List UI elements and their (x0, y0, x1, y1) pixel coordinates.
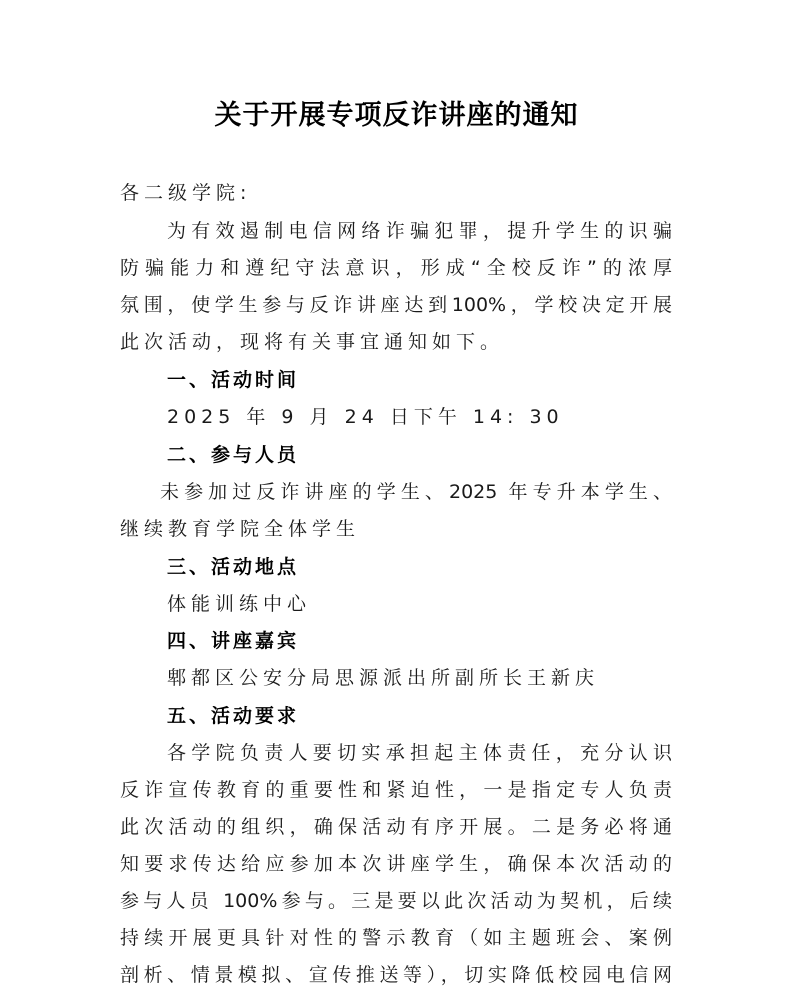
intro-line-3: 氛围，使学生参与反诈讲座达到100%，学校决定开展 (120, 290, 672, 320)
section-guest-value: 郫都区公安分局思源派出所副所长王新庆 (167, 663, 672, 693)
section-heading-requirements: 五、活动要求 (167, 701, 299, 731)
requirements-line-1: 各学院负责人要切实承担起主体责任，充分认识 (167, 738, 672, 768)
section-heading-location: 三、活动地点 (167, 552, 299, 582)
intro-line-2: 防骗能力和遵纪守法意识，形成“全校反诈”的浓厚 (120, 253, 672, 283)
section-location-value: 体能训练中心 (167, 589, 672, 619)
document-page: 关于开展专项反诈讲座的通知 各二级学院: 为有效遏制电信网络诈骗犯罪，提升学生的… (0, 0, 793, 996)
section-participants-line-1: 未参加过反诈讲座的学生、2025 年专升本学生、 (160, 477, 672, 507)
intro-line-4: 此次活动，现将有关事宜通知如下。 (120, 327, 672, 357)
document-title: 关于开展专项反诈讲座的通知 (0, 96, 793, 136)
requirements-line-3: 此次活动的组织，确保活动有序开展。二是务必将通 (120, 812, 672, 842)
section-time-value: 2025 年 9 月 24 日下午 14: 30 (167, 402, 672, 432)
section-heading-time: 一、活动时间 (167, 365, 299, 395)
salutation: 各二级学院: (120, 178, 672, 208)
section-heading-guest: 四、讲座嘉宾 (167, 626, 299, 656)
requirements-line-2: 反诈宣传教育的重要性和紧迫性，一是指定专人负责 (120, 775, 672, 805)
requirements-line-4: 知要求传达给应参加本次讲座学生，确保本次活动的 (120, 849, 672, 879)
requirements-line-7: 剖析、情景模拟、宣传推送等），切实降低校园电信网 (120, 960, 672, 990)
intro-line-1: 为有效遏制电信网络诈骗犯罪，提升学生的识骗 (167, 216, 672, 246)
requirements-line-5: 参与人员 100%参与。三是要以此次活动为契机，后续 (120, 886, 672, 916)
requirements-line-6: 持续开展更具针对性的警示教育（如主题班会、案例 (120, 923, 672, 953)
section-heading-participants: 二、参与人员 (167, 440, 299, 470)
section-participants-line-2: 继续教育学院全体学生 (120, 514, 672, 544)
